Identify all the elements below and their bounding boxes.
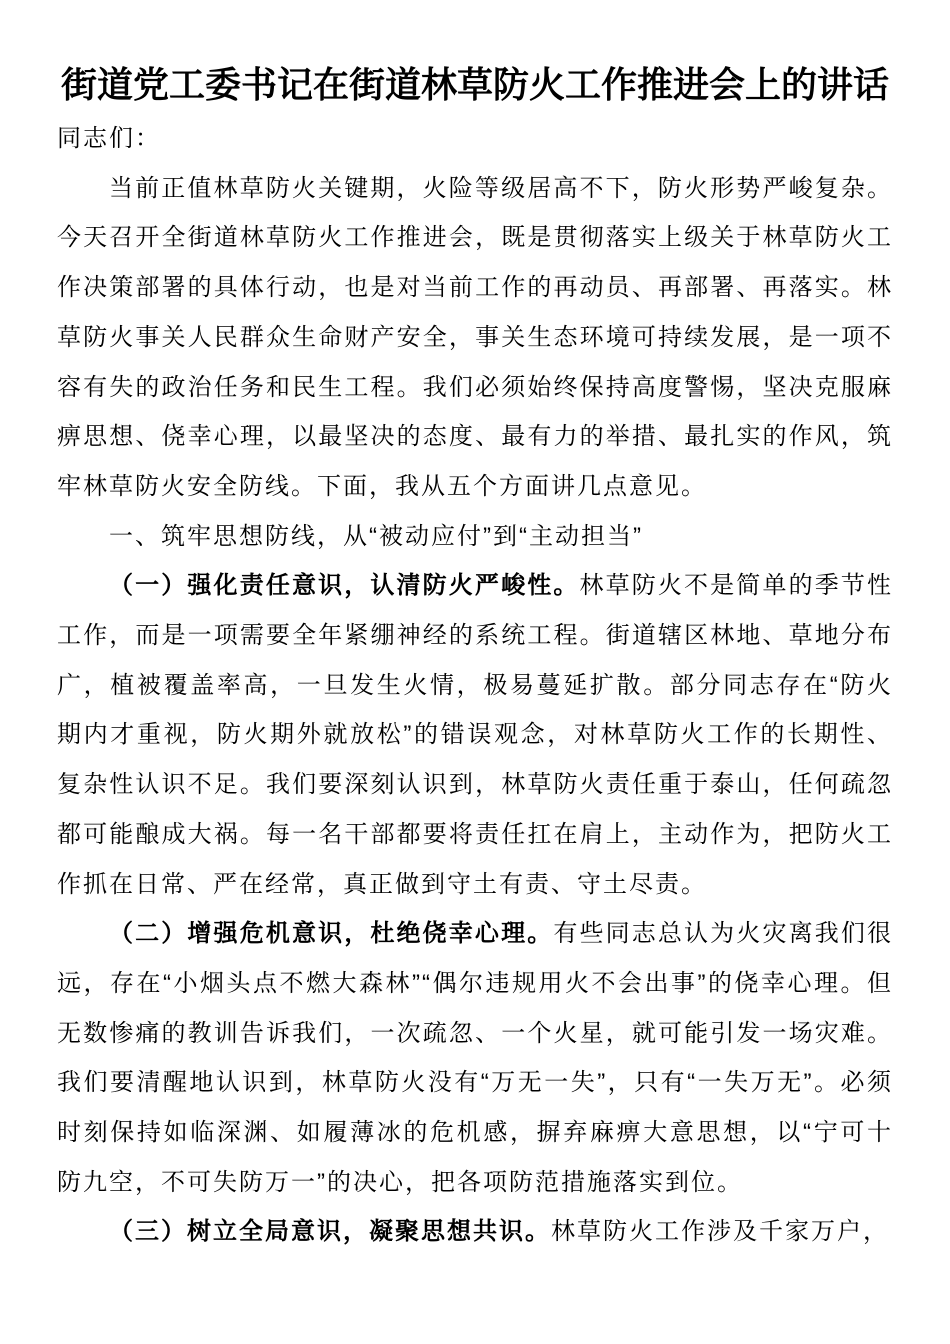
item-body-3: 林草防火工作涉及千家万户， <box>551 1218 889 1245</box>
document-page: 街道党工委书记在街道林草防火工作推进会上的讲话 同志们： 当前正值林草防火关键期… <box>0 0 950 1344</box>
salutation: 同志们： <box>57 114 893 164</box>
document-title: 街道党工委书记在街道林草防火工作推进会上的讲话 <box>57 56 893 114</box>
item-paragraph-3: （三）树立全局意识，凝聚思想共识。林草防火工作涉及千家万户， <box>57 1207 893 1257</box>
item-body-2: 有些同志总认为火灾离我们很远，存在“小烟头点不燃大森林”“偶尔违规用火不会出事”… <box>57 920 893 1196</box>
item-paragraph-2: （二）增强危机意识，杜绝侥幸心理。有些同志总认为火灾离我们很远，存在“小烟头点不… <box>57 909 893 1207</box>
item-body-1: 林草防火不是简单的季节性工作，而是一项需要全年紧绷神经的系统工程。街道辖区林地、… <box>57 572 893 897</box>
item-lead-3: （三）树立全局意识，凝聚思想共识。 <box>109 1218 551 1245</box>
item-paragraph-1: （一）强化责任意识，认清防火严峻性。林草防火不是简单的季节性工作，而是一项需要全… <box>57 561 893 909</box>
section-heading-1: 一、筑牢思想防线，从“被动应付”到“主动担当” <box>57 512 893 562</box>
item-lead-2: （二）增强危机意识，杜绝侥幸心理。 <box>109 920 553 947</box>
item-lead-1: （一）强化责任意识，认清防火严峻性。 <box>109 572 579 599</box>
intro-paragraph: 当前正值林草防火关键期，火险等级居高不下，防火形势严峻复杂。今天召开全街道林草防… <box>57 164 893 512</box>
